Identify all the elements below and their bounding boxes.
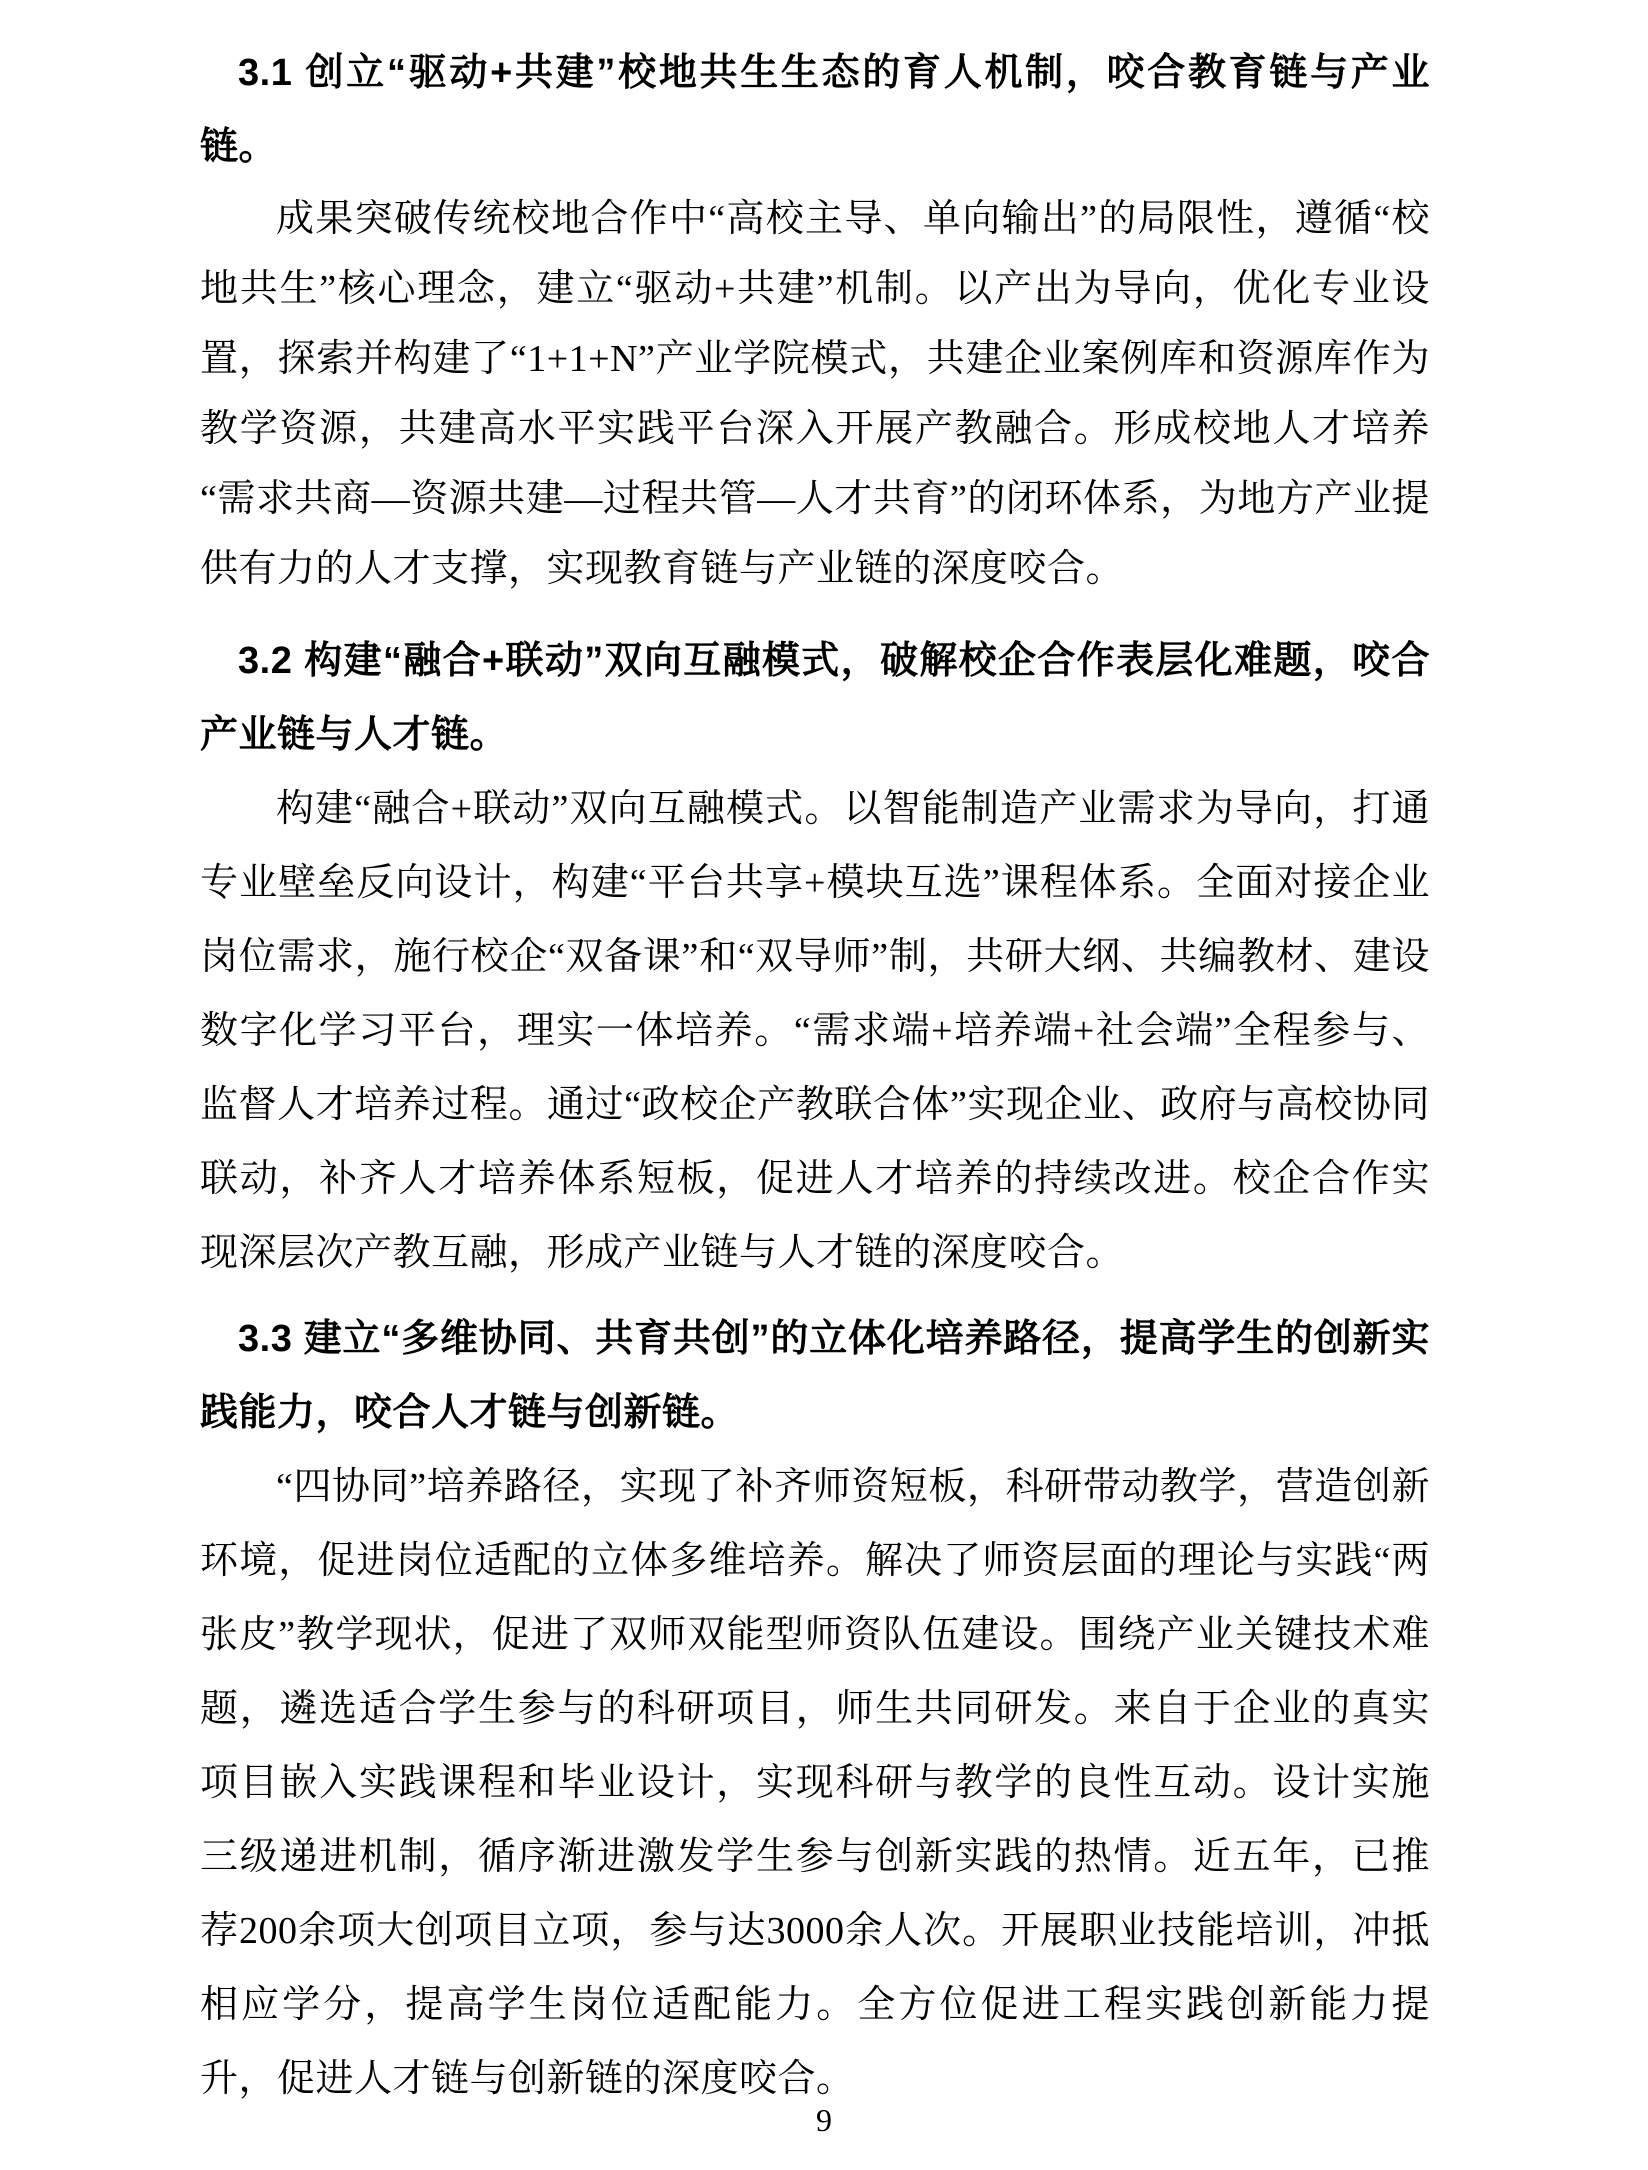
section-heading-3-1: 3.1 创立“驱动+共建”校地共生生态的育人机制，咬合教育链与产业链。 bbox=[200, 36, 1430, 184]
section-paragraph-3-1: 成果突破传统校地合作中“高校主导、单向输出”的局限性，遵循“校地共生”核心理念，… bbox=[200, 184, 1430, 604]
section-3-2: 3.2 构建“融合+联动”双向互融模式，破解校企合作表层化难题，咬合产业链与人才… bbox=[200, 624, 1430, 1290]
page-footer: 9 bbox=[0, 2100, 1648, 2140]
section-heading-3-3: 3.3 建立“多维协同、共育共创”的立体化培养路径，提高学生的创新实践能力，咬合… bbox=[200, 1302, 1430, 1450]
section-3-1: 3.1 创立“驱动+共建”校地共生生态的育人机制，咬合教育链与产业链。 成果突破… bbox=[200, 36, 1430, 604]
section-paragraph-3-2: 构建“融合+联动”双向互融模式。以智能制造产业需求为导向，打通专业壁垒反向设计，… bbox=[200, 772, 1430, 1290]
page-number: 9 bbox=[816, 2100, 832, 2140]
document-page: 3.1 创立“驱动+共建”校地共生生态的育人机制，咬合教育链与产业链。 成果突破… bbox=[0, 0, 1648, 2170]
section-3-3: 3.3 建立“多维协同、共育共创”的立体化培养路径，提高学生的创新实践能力，咬合… bbox=[200, 1302, 1430, 2116]
section-paragraph-3-3: “四协同”培养路径，实现了补齐师资短板，科研带动教学，营造创新环境，促进岗位适配… bbox=[200, 1450, 1430, 2116]
section-heading-3-2: 3.2 构建“融合+联动”双向互融模式，破解校企合作表层化难题，咬合产业链与人才… bbox=[200, 624, 1430, 772]
